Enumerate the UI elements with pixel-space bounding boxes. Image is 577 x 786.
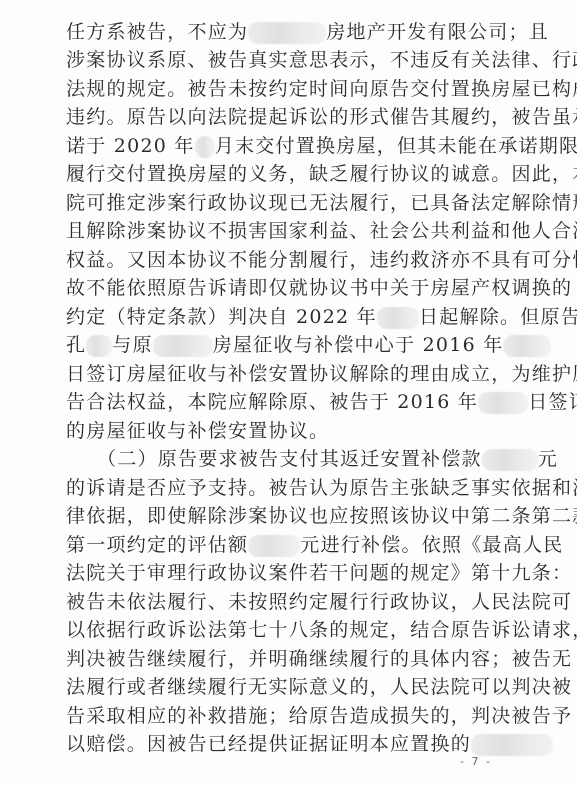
text-segment: 孔 [66, 334, 86, 356]
text-segment: 法规的规定。被告未按约定时间向原告交付置换房屋已构成 [66, 78, 577, 100]
text-line: 且解除涉案协议不损害国家利益、社会公共利益和他人合法 [66, 217, 512, 245]
text-segment: 的诉请是否应予支持。被告认为原告主张缺乏事实依据和法 [66, 477, 577, 499]
text-segment: 被告未依法履行、未按照约定履行行政协议，人民法院可 [66, 591, 572, 613]
text-line: 以赔偿。因被告已经提供证据证明本应置换的 [66, 730, 512, 758]
text-segment: 月末交付置换房屋，但其未能在承诺期限内 [215, 135, 577, 157]
text-line: 诺于 2020 年月末交付置换房屋，但其未能在承诺期限内 [66, 132, 512, 160]
text-line: 告合法权益，本院应解除原、被告于 2016 年日签订 [66, 388, 512, 416]
text-segment: 权益。又因本协议不能分割履行，违约救济亦不具有可分性。 [66, 249, 577, 271]
text-segment: 违约。原告以向法院提起诉讼的形式催告其履约，被告虽承 [66, 106, 577, 128]
text-line: 权益。又因本协议不能分割履行，违约救济亦不具有可分性。 [66, 246, 512, 274]
text-line: 的房屋征收与补偿安置协议。 [66, 417, 512, 445]
text-line: 违约。原告以向法院提起诉讼的形式催告其履约，被告虽承 [66, 103, 512, 131]
redacted-text [153, 335, 213, 357]
text-segment: 任方系被告，不应为 [66, 21, 248, 43]
document-page: 任方系被告，不应为房地产开发有限公司；且涉案协议系原、被告真实意思表示，不违反有… [0, 0, 577, 786]
redacted-text [248, 535, 300, 557]
text-segment: 且解除涉案协议不损害国家利益、社会公共利益和他人合法 [66, 220, 577, 242]
text-segment: 房地产开发有限公司；且 [326, 21, 549, 43]
text-line: 法履行或者继续履行无实际意义的，人民法院可以判决被 [66, 673, 512, 701]
text-segment: 履行交付置换房屋的义务，缺乏履行协议的诚意。因此，本 [66, 163, 577, 185]
text-line: 以依据行政诉讼法第七十八条的规定，结合原告诉讼请求， [66, 616, 512, 644]
text-line: 涉案协议系原、被告真实意思表示，不违反有关法律、行政 [66, 46, 512, 74]
text-segment: 与原 [112, 334, 153, 356]
text-segment: 院可推定涉案行政协议现已无法履行，已具备法定解除情形 [66, 192, 577, 214]
redacted-text [86, 335, 112, 357]
text-line: 院可推定涉案行政协议现已无法履行，已具备法定解除情形 [66, 189, 512, 217]
text-segment: 元 [538, 448, 558, 470]
text-segment: 第一项约定的评估额 [66, 534, 248, 556]
redacted-text [482, 449, 538, 471]
redacted-text [503, 335, 551, 357]
text-line: 约定（特定条款）判决自 2022 年日起解除。但原告 [66, 303, 512, 331]
text-segment: 日签订房屋征收与补偿安置协议解除的理由成立，为维护原 [66, 363, 577, 385]
redacted-text [377, 307, 419, 329]
text-segment: 涉案协议系原、被告真实意思表示，不违反有关法律、行政 [66, 49, 577, 71]
text-line: 的诉请是否应予支持。被告认为原告主张缺乏事实依据和法 [66, 474, 512, 502]
text-segment: 日起解除。但原告 [419, 306, 577, 328]
text-line: 法规的规定。被告未按约定时间向原告交付置换房屋已构成 [66, 75, 512, 103]
text-segment: 以依据行政诉讼法第七十八条的规定，结合原告诉讼请求， [66, 619, 577, 641]
text-segment: 法履行或者继续履行无实际意义的，人民法院可以判决被 [66, 676, 572, 698]
text-line: 律依据，即使解除涉案协议也应按照该协议中第二条第二款 [66, 502, 512, 530]
text-segment: 法院关于审理行政协议案件若干问题的规定》第十九条： [66, 562, 572, 584]
text-line: 任方系被告，不应为房地产开发有限公司；且 [66, 18, 512, 46]
text-line: 第一项约定的评估额元进行补偿。依照《最高人民 [66, 531, 512, 559]
text-segment: 约定（特定条款）判决自 2022 年 [66, 306, 377, 328]
text-line: 判决被告继续履行，并明确继续履行的具体内容；被告无 [66, 645, 512, 673]
text-segment: 故不能依照原告诉请即仅就协议书中关于房屋产权调换的 [66, 277, 572, 299]
text-line: 孔与原房屋征收与补偿中心于 2016 年 [66, 331, 512, 359]
text-line: 被告未依法履行、未按照约定履行行政协议，人民法院可 [66, 588, 512, 616]
text-line: 日签订房屋征收与补偿安置协议解除的理由成立，为维护原 [66, 360, 512, 388]
text-line: （二）原告要求被告支付其返迁安置补偿款元 [66, 445, 512, 473]
text-segment: 的房屋征收与补偿安置协议。 [66, 420, 329, 442]
page-number: - 7 - [460, 755, 492, 768]
text-segment: （二）原告要求被告支付其返迁安置补偿款 [66, 448, 482, 470]
text-segment: 判决被告继续履行，并明确继续履行的具体内容；被告无 [66, 648, 572, 670]
text-line: 告采取相应的补救措施；给原告造成损失的，判决被告予 [66, 702, 512, 730]
text-segment: 元进行补偿。依照《最高人民 [300, 534, 563, 556]
redacted-text [248, 22, 326, 44]
text-segment: 告采取相应的补救措施；给原告造成损失的，判决被告予 [66, 705, 572, 727]
text-segment: 告合法权益，本院应解除原、被告于 2016 年 [66, 391, 478, 413]
text-segment: 房屋征收与补偿中心于 2016 年 [213, 334, 504, 356]
text-segment: 律依据，即使解除涉案协议也应按照该协议中第二条第二款 [66, 505, 577, 527]
text-line: 法院关于审理行政协议案件若干问题的规定》第十九条： [66, 559, 512, 587]
redacted-text [195, 136, 215, 158]
text-segment: 诺于 2020 年 [66, 135, 195, 157]
text-segment: 以赔偿。因被告已经提供证据证明本应置换的 [66, 733, 471, 755]
text-line: 履行交付置换房屋的义务，缺乏履行协议的诚意。因此，本 [66, 160, 512, 188]
text-segment: 日签订 [528, 391, 577, 413]
text-line: 故不能依照原告诉请即仅就协议书中关于房屋产权调换的 [66, 274, 512, 302]
redacted-text [478, 392, 528, 414]
redacted-text [471, 734, 553, 756]
